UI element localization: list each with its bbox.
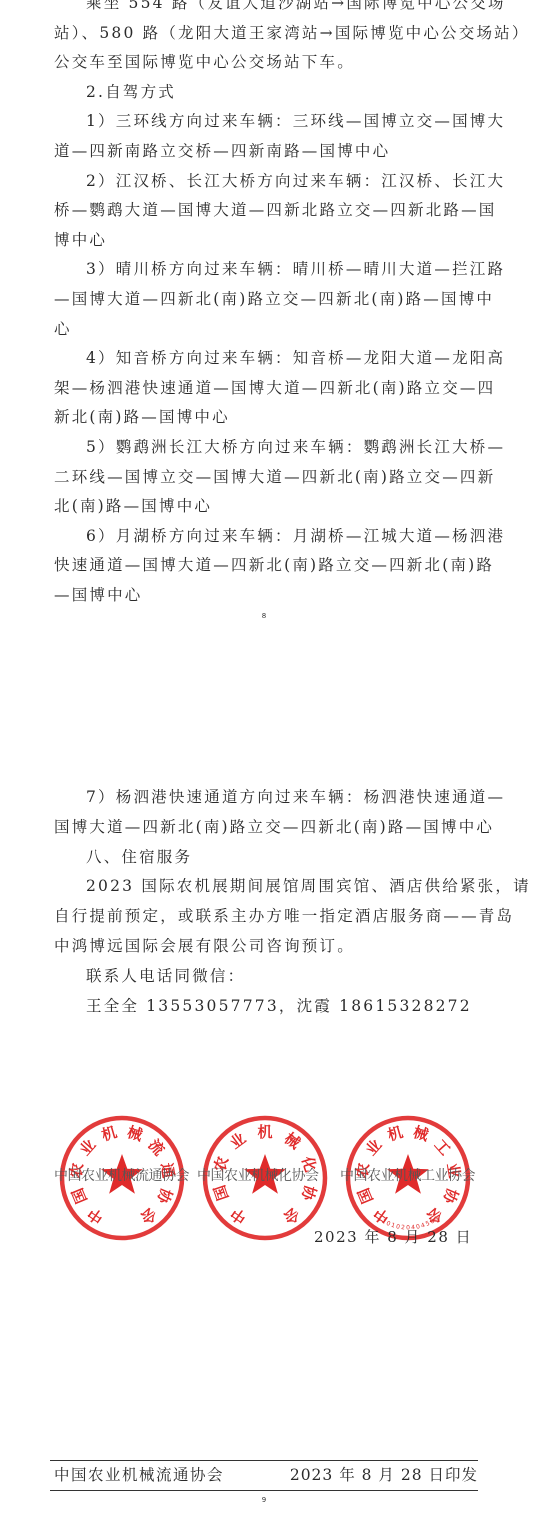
svg-text:会: 会 xyxy=(137,1204,160,1227)
text-line: 乘坐 554 路（友谊大道沙湖站→国际博览中心公交场 xyxy=(86,0,518,14)
svg-text:工: 工 xyxy=(431,1136,454,1159)
text-line: 1）三环线方向过来车辆：三环线—国博立交—国博大 xyxy=(86,110,518,132)
seal-caption: 中国农业机械工业协会 xyxy=(340,1165,475,1185)
text-line: 联系人电话同微信： xyxy=(86,965,518,987)
svg-text:协: 协 xyxy=(297,1183,319,1204)
text-line: 二环线—国博立交—国博大道—四新北(南)路立交—四新 xyxy=(54,466,486,488)
text-line: 中鸿博远国际会展有限公司咨询预订。 xyxy=(54,935,486,957)
svg-text:国: 国 xyxy=(68,1185,90,1206)
footer-issuer: 中国农业机械流通协会 xyxy=(54,1463,224,1485)
svg-text:国: 国 xyxy=(210,1183,232,1203)
text-line: 4）知音桥方向过来车辆：知音桥—龙阳大道—龙阳高 xyxy=(86,347,518,369)
svg-text:械: 械 xyxy=(411,1123,431,1145)
text-line: 架—杨泗港快速通道—国博大道—四新北(南)路立交—四 xyxy=(54,377,486,399)
svg-text:中: 中 xyxy=(227,1204,250,1227)
svg-text:械: 械 xyxy=(281,1129,305,1153)
text-line: 3）晴川桥方向过来车辆：晴川桥—晴川大道—拦江路 xyxy=(86,258,518,280)
footer-top-rule xyxy=(50,1460,478,1461)
text-line: 心 xyxy=(54,318,486,340)
footer-issued-date: 2023 年 8 月 28 日印发 xyxy=(290,1463,478,1485)
text-line: —国博大道—四新北(南)路立交—四新北(南)路—国博中 xyxy=(54,288,486,310)
page-number-8: 8 xyxy=(0,612,528,620)
seal-caption: 中国农业机械流通协会 xyxy=(54,1165,189,1185)
text-line: 5）鹦鹉洲长江大桥方向过来车辆：鹦鹉洲长江大桥— xyxy=(86,436,518,458)
page-number-9: 9 xyxy=(0,1496,528,1504)
svg-text:中: 中 xyxy=(84,1204,107,1227)
text-line: —国博中心 xyxy=(54,584,486,606)
svg-text:协: 协 xyxy=(153,1185,176,1207)
svg-text:机: 机 xyxy=(99,1123,118,1144)
svg-text:业: 业 xyxy=(76,1136,99,1159)
text-line: 2）江汉桥、长江大桥方向过来车辆：江汉桥、长江大 xyxy=(86,170,518,192)
text-line: 博中心 xyxy=(54,229,486,251)
text-line: 7）杨泗港快速通道方向过来车辆：杨泗港快速通道— xyxy=(86,786,518,808)
svg-text:国: 国 xyxy=(354,1185,376,1206)
svg-text:会: 会 xyxy=(280,1204,303,1227)
svg-text:机: 机 xyxy=(385,1123,404,1144)
text-line: 新北(南)路—国博中心 xyxy=(54,406,486,428)
text-line: 2023 国际农机展期间展馆周围宾馆、酒店供给紧张，请 xyxy=(86,875,518,897)
svg-text:流: 流 xyxy=(145,1136,168,1159)
svg-text:业: 业 xyxy=(226,1129,249,1152)
text-line: 快速通道—国博大道—四新北(南)路立交—四新北(南)路 xyxy=(54,554,486,576)
text-line: 桥—鹦鹉大道—国博大道—四新北路立交—四新北路—国 xyxy=(54,199,486,221)
text-line: 八、住宿服务 xyxy=(86,846,518,868)
text-line: 北(南)路—国博中心 xyxy=(54,495,486,517)
svg-text:业: 业 xyxy=(362,1136,385,1159)
footer-bottom-rule xyxy=(50,1490,478,1491)
seal-caption: 中国农业机械化协会 xyxy=(197,1165,319,1185)
text-line: 道—四新南路立交桥—四新南路—国博中心 xyxy=(54,140,486,162)
text-line: 国博大道—四新北(南)路立交—四新北(南)路—国博中心 xyxy=(54,816,486,838)
text-line: 公交车至国际博览中心公交场站下车。 xyxy=(54,51,486,73)
svg-text:械: 械 xyxy=(125,1123,145,1145)
svg-text:机: 机 xyxy=(257,1123,272,1141)
svg-text:协: 协 xyxy=(439,1185,462,1207)
text-line: 2.自驾方式 xyxy=(86,81,518,103)
text-line: 站）、580 路（龙阳大道王家湾站→国际博览中心公交场站） xyxy=(54,22,486,44)
signature-date: 2023 年 8 月 28 日 xyxy=(314,1226,472,1247)
text-line: 王全全 13553057773，沈霞 18615328272 xyxy=(86,995,518,1017)
text-line: 自行提前预定，或联系主办方唯一指定酒店服务商——青岛 xyxy=(54,905,486,927)
text-line: 6）月湖桥方向过来车辆：月湖桥—江城大道—杨泗港 xyxy=(86,525,518,547)
